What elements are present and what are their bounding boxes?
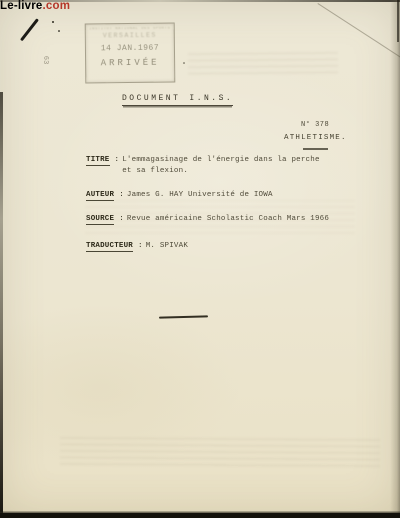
watermark: Le-livre.com <box>0 0 70 12</box>
ink-speck <box>183 62 185 64</box>
showthrough-smudge <box>85 200 355 234</box>
field-value: L'emmagasinage de l'énergie dans la perc… <box>122 155 322 177</box>
watermark-site: Le-livre <box>0 0 43 12</box>
showthrough-smudge <box>60 437 380 467</box>
field-colon: : <box>119 191 124 199</box>
reference-category: ATHLETISME. <box>284 134 347 142</box>
corner-fold-line <box>317 3 400 58</box>
separator-dash <box>159 315 208 318</box>
arrival-stamp: INSTITUT NATIONAL DES SPORTS VERSAILLES … <box>85 23 176 84</box>
field-value: M. SPIVAK <box>146 241 188 252</box>
scan-edge-right <box>390 0 400 518</box>
ink-speck <box>58 30 60 32</box>
scan-edge-left <box>0 92 3 514</box>
document-title: DOCUMENTI.N.S. <box>122 94 233 106</box>
stamp-city-line: VERSAILLES <box>86 32 174 40</box>
stamp-date: 14 JAN.1967 <box>86 44 174 54</box>
scan-edge-top <box>0 0 400 2</box>
showthrough-smudge <box>188 51 338 74</box>
field-row-traducteur: TRADUCTEUR:M. SPIVAK <box>86 241 188 252</box>
scan-edge-bottom <box>0 513 400 518</box>
field-label: TITRE <box>86 156 110 166</box>
document-title-word1: DOCUMENT <box>122 94 180 103</box>
scan-edge-right-top <box>397 0 399 42</box>
stamp-status: ARRIVÉE <box>86 58 174 69</box>
reference-number: N° 378 <box>301 121 329 129</box>
field-colon: : <box>115 156 120 164</box>
field-label: TRADUCTEUR <box>86 242 133 252</box>
pen-slash-mark <box>20 18 39 41</box>
ink-speck <box>52 21 54 23</box>
field-colon: : <box>138 242 143 250</box>
document-title-word2: I.N.S. <box>189 94 233 103</box>
field-row-titre: TITRE:L'emmagasinage de l'énergie dans l… <box>86 155 322 177</box>
scanned-document-page: Le-livre.com 63 INSTITUT NATIONAL DES SP… <box>0 0 400 518</box>
watermark-tld: .com <box>43 0 71 12</box>
reference-underline <box>303 148 328 150</box>
margin-note: 63 <box>41 56 49 65</box>
